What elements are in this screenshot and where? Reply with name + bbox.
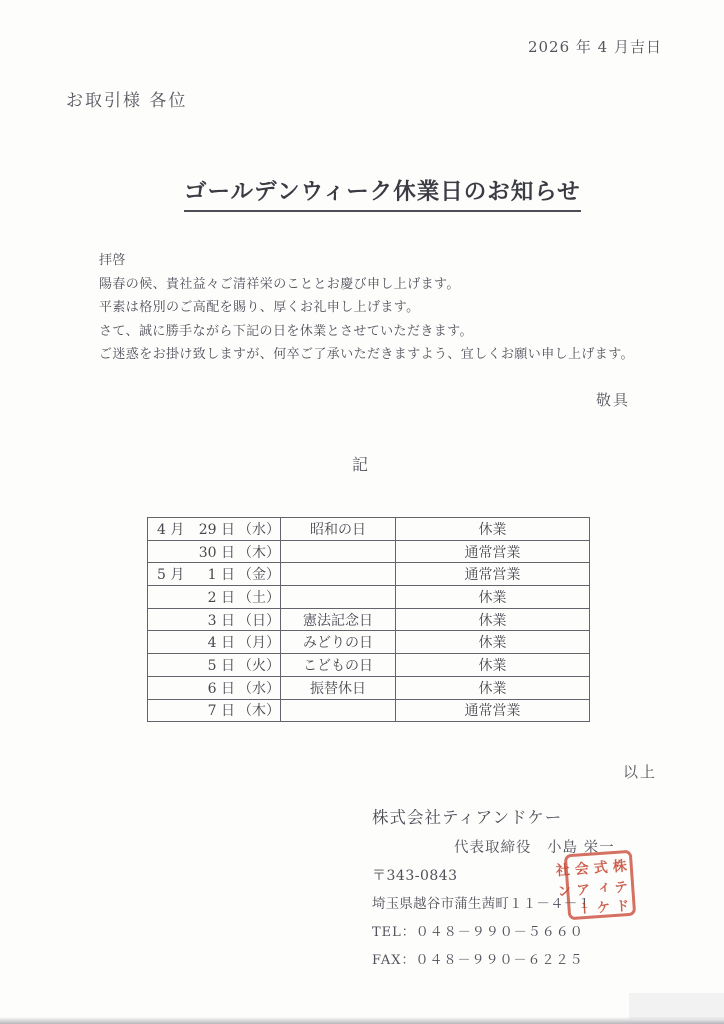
status-cell: 通常営業 (396, 563, 590, 586)
company-fax: FAX：０４８－９９０－６２２５ (372, 949, 615, 968)
date-cell: 5 日（火） (148, 654, 281, 677)
body-line: 陽春の候、貴社益々ご清祥栄のこととお慶び申し上げます。 (99, 273, 684, 297)
company-name: 株式会社ティアンドケー (372, 804, 615, 828)
date-cell: 6 日（水） (148, 676, 281, 699)
holiday-cell: 憲法記念日 (281, 608, 396, 631)
table-row: 6 日（水） 振替休日 休業 (148, 676, 590, 699)
date-cell: 4 月29 日（水） (148, 518, 281, 541)
holiday-cell: 振替休日 (281, 676, 396, 699)
table-row: 4 日（月） みどりの日 休業 (148, 631, 590, 654)
letter-title: ゴールデンウィーク休業日のお知らせ (184, 174, 581, 212)
body-line: さて、誠に勝手ながら下記の日を休業とさせていただきます。 (99, 320, 684, 344)
table-row: 7 日（木） 通常営業 (148, 699, 590, 722)
record-marker: 記 (352, 452, 368, 475)
holiday-cell: こどもの日 (281, 654, 396, 677)
date-cell: 7 日（木） (148, 699, 281, 722)
status-cell: 通常営業 (396, 540, 590, 563)
date-cell: 5 月1 日（金） (148, 563, 281, 586)
company-seal-stamp: 株式会社 ティアン ドケー (564, 850, 636, 921)
date-cell: 4 日（月） (148, 631, 281, 654)
holiday-schedule-table: 4 月29 日（水） 昭和の日 休業 30 日（木） 通常営業 5 月1 日（金… (147, 517, 590, 722)
body-line: 平素は格別のご高配を賜り、厚くお礼申し上げます。 (99, 296, 684, 320)
letter-page: 2026 年 4 月吉日 お取引様 各位 ゴールデンウィーク休業日のお知らせ 拝… (0, 0, 724, 1024)
letter-body: 拝啓 陽春の候、貴社益々ご清祥栄のこととお慶び申し上げます。 平素は格別のご高配… (99, 249, 684, 367)
body-line: ご迷惑をお掛け致しますが、何卒ご了承いただきますよう、宜しくお願い申し上げます。 (99, 343, 684, 367)
scan-edge-shadow (0, 1017, 724, 1024)
status-cell: 休業 (396, 608, 590, 631)
holiday-cell: 昭和の日 (281, 518, 396, 541)
status-cell: 休業 (396, 676, 590, 699)
table-row: 3 日（日） 憲法記念日 休業 (148, 608, 590, 631)
table-row: 30 日（木） 通常営業 (148, 540, 590, 563)
stamp-column: ドケー (572, 896, 631, 916)
salutation-open: 拝啓 (99, 249, 684, 273)
date-cell: 30 日（木） (148, 540, 281, 563)
date-cell: 3 日（日） (148, 608, 281, 631)
table-row: 4 月29 日（水） 昭和の日 休業 (148, 518, 590, 541)
table-row: 2 日（土） 休業 (148, 586, 590, 609)
letter-date: 2026 年 4 月吉日 (528, 36, 662, 57)
closing-marker: 以上 (623, 761, 657, 782)
holiday-cell: みどりの日 (281, 631, 396, 654)
scan-corner-shade (629, 993, 724, 1019)
status-cell: 休業 (396, 586, 590, 609)
status-cell: 休業 (396, 631, 590, 654)
table-row: 5 日（火） こどもの日 休業 (148, 654, 590, 677)
table-row: 5 月1 日（金） 通常営業 (148, 563, 590, 586)
date-cell: 2 日（土） (148, 586, 281, 609)
holiday-cell (281, 540, 396, 563)
company-tel: TEL：０４８－９９０－５６６０ (372, 921, 615, 940)
salutation-close: 敬具 (596, 389, 630, 410)
status-cell: 休業 (396, 654, 590, 677)
holiday-cell (281, 563, 396, 586)
status-cell: 休業 (396, 518, 590, 541)
holiday-cell (281, 699, 396, 722)
holiday-cell (281, 586, 396, 609)
recipient-line: お取引様 各位 (66, 86, 187, 111)
status-cell: 通常営業 (396, 699, 590, 722)
